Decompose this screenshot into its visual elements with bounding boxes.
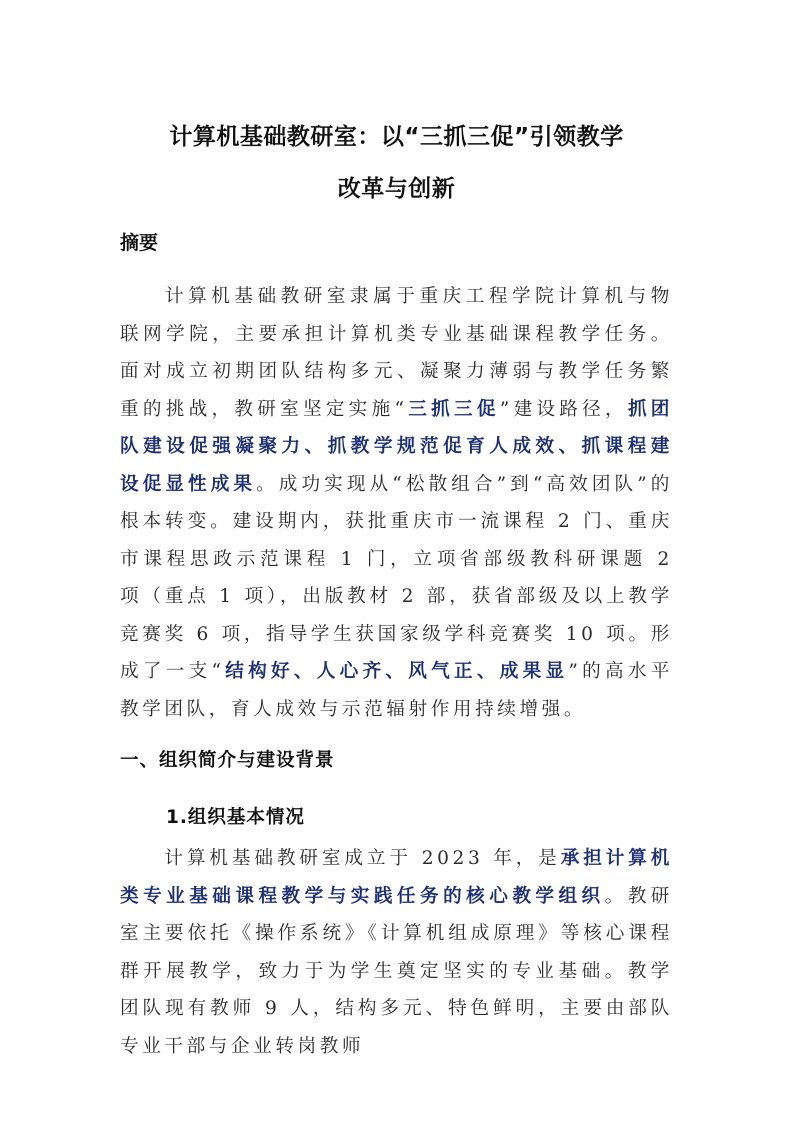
section-heading-1: 一、组织简介与建设背景: [120, 746, 335, 772]
abstract-text-3: 。成功实现从“松散组合”到“高效团队”的根本转变。建设期内，获批重庆市一流课程 …: [120, 474, 673, 683]
abstract-highlight-1: 三抓三促: [408, 399, 500, 420]
section1-text-2: 。教研室主要依托《操作系统》《计算机组成原理》等核心课程群开展教学，致力于为学生…: [120, 886, 673, 1057]
subsection-heading-1: 1.组织基本情况: [166, 803, 305, 829]
abstract-text-2: ”建设路径，: [500, 399, 628, 420]
abstract-heading: 摘要: [120, 228, 158, 255]
section1-text-1: 计算机基础教研室成立于 2023 年，是: [164, 848, 561, 869]
document-page: 计算机基础教研室：以“三抓三促”引领教学 改革与创新 摘要 计算机基础教研室隶属…: [0, 0, 793, 1122]
section1-paragraph: 计算机基础教研室成立于 2023 年，是承担计算机类专业基础课程教学与实践任务的…: [120, 840, 673, 1065]
document-title-line-1: 计算机基础教研室：以“三抓三促”引领教学: [0, 118, 793, 151]
abstract-paragraph: 计算机基础教研室隶属于重庆工程学院计算机与物联网学院，主要承担计算机类专业基础课…: [120, 278, 673, 728]
abstract-highlight-3: 结构好、人心齐、风气正、成果显: [225, 661, 569, 682]
document-title-line-2: 改革与创新: [0, 170, 793, 203]
